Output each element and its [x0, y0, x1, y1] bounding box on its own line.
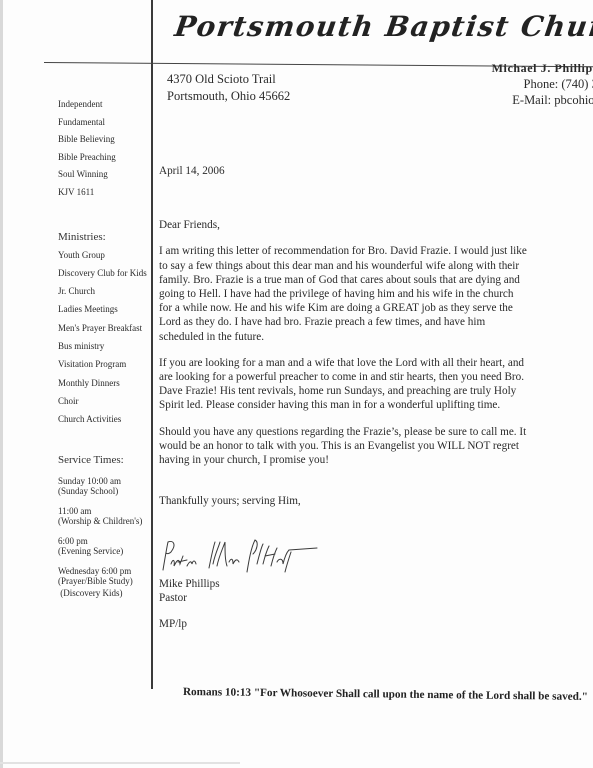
ministry-item: Monthly Dinners: [58, 374, 153, 392]
ministries-list: Youth Group Discovery Club for Kids Jr. …: [58, 246, 153, 429]
tagline: KJV 1611: [58, 184, 153, 202]
service-time-extra: (Discovery Kids): [58, 588, 153, 599]
ministry-item: Youth Group: [58, 246, 153, 264]
pastor-name: Michael J. Phillips, Pas: [413, 60, 593, 76]
signature-icon: [159, 536, 319, 576]
ministry-item: Choir: [58, 392, 153, 410]
service-times-list: Sunday 10:00 am (Sunday School) 11:00 am…: [58, 476, 153, 599]
paragraph: Should you have any questions regarding …: [159, 425, 529, 468]
signer-name: Mike Phillips: [159, 577, 220, 591]
address-line: Portsmouth, Ohio 45662: [167, 88, 290, 105]
paragraph: If you are looking for a man and a wife …: [159, 356, 529, 413]
contact-block: Michael J. Phillips, Pas Phone: (740) 35…: [413, 60, 593, 108]
ministry-item: Jr. Church: [58, 282, 153, 300]
tagline: Bible Preaching: [58, 149, 153, 167]
signer-title: Pastor: [159, 591, 220, 605]
service-time: Sunday 10:00 am (Sunday School): [58, 476, 153, 497]
tagline: Bible Believing: [58, 131, 153, 149]
ministry-item: Discovery Club for Kids: [58, 264, 153, 282]
service-time-detail: (Sunday School): [58, 486, 153, 497]
paragraph: I am writing this letter of recommendati…: [159, 244, 529, 343]
typist-initials: MP/lp: [159, 617, 220, 631]
service-time-label: Wednesday 6:00 pm: [58, 566, 153, 577]
scan-edge: [0, 762, 240, 764]
tagline: Independent: [58, 96, 153, 114]
phone-number: Phone: (740) 353-29: [413, 76, 593, 92]
address-line: 4370 Old Scioto Trail: [167, 71, 290, 88]
email-address: E-Mail: pbcohio@aol.c: [413, 92, 593, 108]
footer-verse: Romans 10:13 "For Whosoever Shall call u…: [183, 686, 588, 703]
service-time: Wednesday 6:00 pm (Prayer/Bible Study) (…: [58, 566, 153, 599]
service-time-detail: (Evening Service): [58, 546, 153, 557]
tagline: Soul Winning: [58, 166, 153, 184]
service-time-label: 11:00 am: [58, 506, 153, 517]
service-time: 6:00 pm (Evening Service): [58, 536, 153, 557]
ministries-heading: Ministries:: [58, 230, 153, 244]
service-time-detail: (Prayer/Bible Study): [58, 576, 153, 587]
service-time: 11:00 am (Worship & Children's): [58, 506, 153, 527]
service-times-heading: Service Times:: [58, 453, 153, 467]
ministry-item: Church Activities: [58, 410, 153, 428]
taglines: Independent Fundamental Bible Believing …: [58, 96, 153, 202]
scan-edge: [0, 0, 3, 768]
church-address: 4370 Old Scioto Trail Portsmouth, Ohio 4…: [167, 71, 290, 105]
service-time-label: Sunday 10:00 am: [58, 476, 153, 487]
tagline: Fundamental: [58, 114, 153, 132]
ministry-item: Visitation Program: [58, 355, 153, 373]
letter-date: April 14, 2006: [159, 164, 589, 178]
letter-page: Portsmouth Baptist Church 4370 Old Sciot…: [0, 0, 593, 768]
ministry-item: Ladies Meetings: [58, 300, 153, 318]
sidebar: Independent Fundamental Bible Believing …: [58, 96, 153, 598]
signature-block: Mike Phillips Pastor MP/lp: [159, 577, 220, 632]
ministry-item: Men's Prayer Breakfast: [58, 319, 153, 337]
ministry-item: Bus ministry: [58, 337, 153, 355]
closing: Thankfully yours; serving Him,: [159, 494, 589, 508]
church-name: Portsmouth Baptist Church: [173, 10, 593, 43]
service-time-detail: (Worship & Children's): [58, 516, 153, 527]
service-time-label: 6:00 pm: [58, 536, 153, 547]
letter-body: April 14, 2006 Dear Friends, I am writin…: [159, 164, 589, 508]
salutation: Dear Friends,: [159, 218, 589, 232]
